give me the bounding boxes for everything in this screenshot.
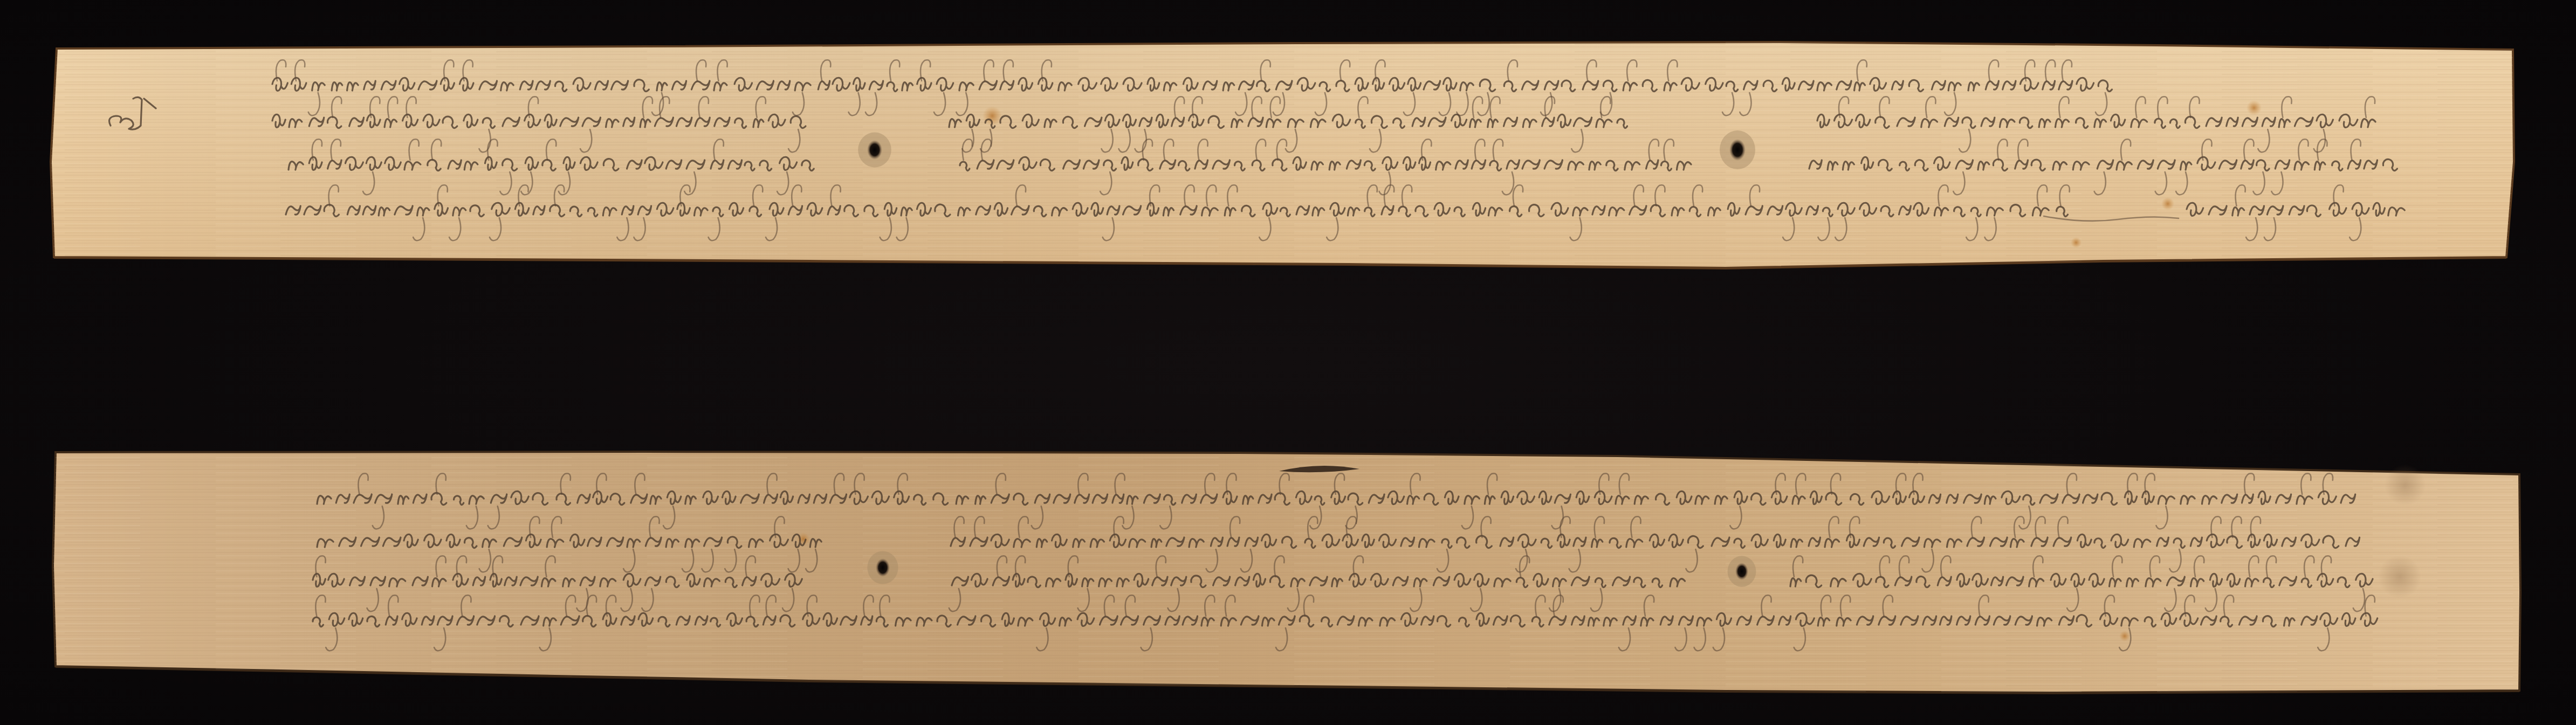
stain-spot xyxy=(2161,197,2174,210)
stain-spot xyxy=(2119,631,2130,641)
stain-spot xyxy=(2247,100,2262,115)
palm-leaf-top xyxy=(51,42,2514,270)
binding-hole xyxy=(867,140,882,160)
stain-spot xyxy=(2071,237,2082,248)
palm-leaf-bottom xyxy=(53,452,2520,694)
leaf-shading xyxy=(51,42,2514,268)
binding-hole xyxy=(876,558,890,577)
binding-hole xyxy=(1729,139,1746,161)
binding-hole xyxy=(1735,563,1748,580)
stain-spot xyxy=(2385,465,2426,506)
manuscript-photo xyxy=(0,0,2576,725)
stain-spot xyxy=(2378,555,2421,598)
